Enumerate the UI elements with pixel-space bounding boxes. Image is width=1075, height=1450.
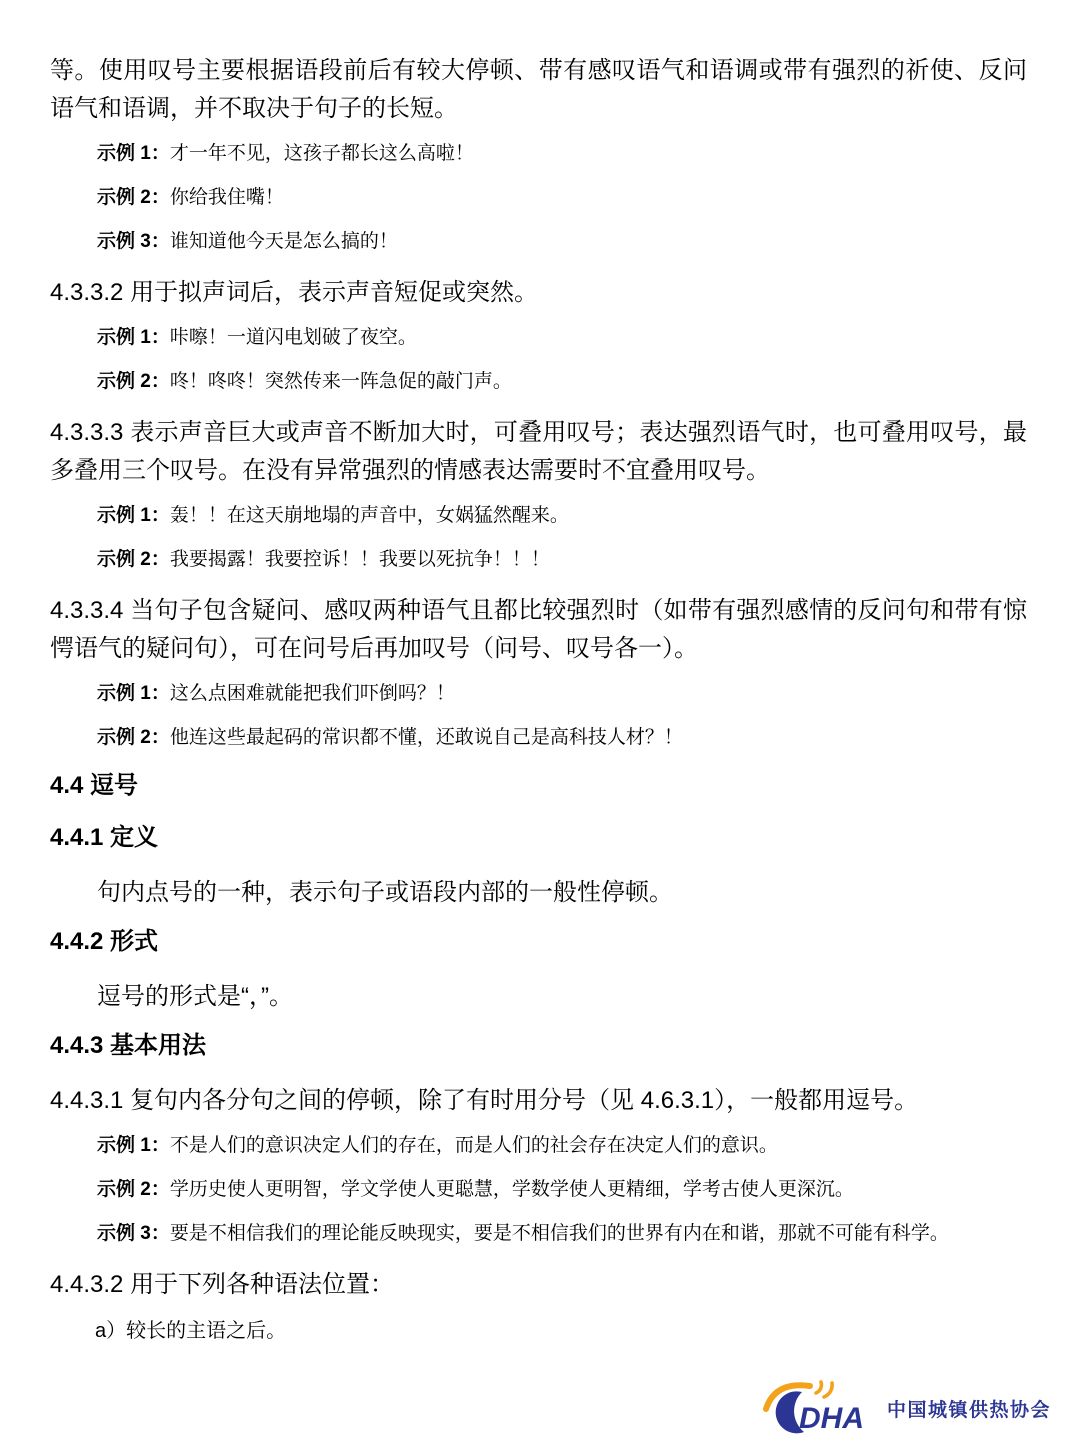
example-text: 谁知道他今天是怎么搞的！	[170, 231, 398, 252]
logo-wave-icon	[824, 1383, 832, 1397]
example-line: 示例 2：他连这些最起码的常识都不懂，还敢说自己是高科技人材？！	[97, 726, 1027, 749]
example-label: 示例 2：	[97, 549, 170, 570]
section-4-3-3-4: 4.3.3.4 当句子包含疑问、感叹两种语气且都比较强烈时（如带有强烈感情的反问…	[50, 592, 1027, 668]
example-label: 示例 1：	[97, 327, 170, 348]
paragraph-comma-form: 逗号的形式是“，”。	[97, 978, 1027, 1016]
example-label: 示例 2：	[97, 1179, 170, 1200]
example-line: 示例 1：咔嚓！一道闪电划破了夜空。	[97, 326, 1027, 349]
example-line: 示例 3：要是不相信我们的理论能反映现实，要是不相信我们的世界有内在和谐，那就不…	[97, 1222, 1027, 1245]
list-item-a: a）较长的主语之后。	[95, 1318, 1027, 1344]
paragraph-exclamation-usage: 等。使用叹号主要根据语段前后有较大停顿、带有感叹语气和语调或带有强烈的祈使、反问…	[50, 52, 1027, 128]
example-line: 示例 3：谁知道他今天是怎么搞的！	[97, 230, 1027, 253]
logo-wave-icon	[816, 1382, 821, 1393]
example-label: 示例 2：	[97, 187, 170, 208]
example-line: 示例 1：这么点困难就能把我们吓倒吗？！	[97, 682, 1027, 705]
example-text: 才一年不见，这孩子都长这么高啦！	[170, 143, 474, 164]
example-label: 示例 1：	[97, 683, 170, 704]
example-text: 咔嚓！一道闪电划破了夜空。	[170, 327, 417, 348]
example-text: 要是不相信我们的理论能反映现实，要是不相信我们的世界有内在和谐，那就不可能有科学…	[170, 1223, 949, 1244]
example-line: 示例 2：咚！咚咚！突然传来一阵急促的敲门声。	[97, 370, 1027, 393]
example-text: 我要揭露！我要控诉！！我要以死抗争！！！	[170, 549, 550, 570]
example-label: 示例 2：	[97, 371, 170, 392]
example-text: 轰！！在这天崩地塌的声音中，女娲猛然醒来。	[170, 505, 569, 526]
section-4-3-3-2: 4.3.3.2 用于拟声词后，表示声音短促或突然。	[50, 274, 1027, 312]
heading-4-4-1-definition: 4.4.1 定义	[50, 822, 1027, 854]
example-text: 他连这些最起码的常识都不懂，还敢说自己是高科技人材？！	[170, 727, 683, 748]
document-page: 等。使用叹号主要根据语段前后有较大停顿、带有感叹语气和语调或带有强烈的祈使、反问…	[0, 0, 1075, 1450]
example-line: 示例 1：轰！！在这天崩地塌的声音中，女娲猛然醒来。	[97, 504, 1027, 527]
example-text: 咚！咚咚！突然传来一阵急促的敲门声。	[170, 371, 512, 392]
cdha-logo-icon: DHA	[761, 1378, 879, 1438]
example-line: 示例 2：你给我住嘴！	[97, 186, 1027, 209]
example-text: 你给我住嘴！	[170, 187, 284, 208]
example-label: 示例 1：	[97, 143, 170, 164]
example-text: 不是人们的意识决定人们的存在，而是人们的社会存在决定人们的意识。	[170, 1135, 778, 1156]
heading-4-4-comma: 4.4 逗号	[50, 770, 1027, 802]
example-text: 学历史使人更明智，学文学使人更聪慧，学数学使人更精细，学考古使人更深沉。	[170, 1179, 854, 1200]
section-4-3-3-3: 4.3.3.3 表示声音巨大或声音不断加大时，可叠用叹号；表达强烈语气时，也可叠…	[50, 414, 1027, 490]
example-label: 示例 1：	[97, 505, 170, 526]
org-logo: DHA 中国城镇供热协会	[761, 1378, 1051, 1438]
logo-acronym: DHA	[799, 1402, 864, 1435]
section-4-4-3-2: 4.4.3.2 用于下列各种语法位置：	[50, 1266, 1027, 1304]
example-line: 示例 1：不是人们的意识决定人们的存在，而是人们的社会存在决定人们的意识。	[97, 1134, 1027, 1157]
example-label: 示例 1：	[97, 1135, 170, 1156]
logo-org-name: 中国城镇供热协会	[887, 1395, 1051, 1422]
example-label: 示例 3：	[97, 231, 170, 252]
example-line: 示例 1：才一年不见，这孩子都长这么高啦！	[97, 142, 1027, 165]
example-text: 这么点困难就能把我们吓倒吗？！	[170, 683, 455, 704]
example-line: 示例 2：我要揭露！我要控诉！！我要以死抗争！！！	[97, 548, 1027, 571]
heading-4-4-2-form: 4.4.2 形式	[50, 926, 1027, 958]
section-4-4-3-1: 4.4.3.1 复句内各分句之间的停顿，除了有时用分号（见 4.6.3.1），一…	[50, 1082, 1027, 1120]
example-label: 示例 3：	[97, 1223, 170, 1244]
paragraph-comma-definition: 句内点号的一种，表示句子或语段内部的一般性停顿。	[97, 874, 1027, 912]
example-label: 示例 2：	[97, 727, 170, 748]
heading-4-4-3-basic-usage: 4.4.3 基本用法	[50, 1030, 1027, 1062]
example-line: 示例 2：学历史使人更明智，学文学使人更聪慧，学数学使人更精细，学考古使人更深沉…	[97, 1178, 1027, 1201]
